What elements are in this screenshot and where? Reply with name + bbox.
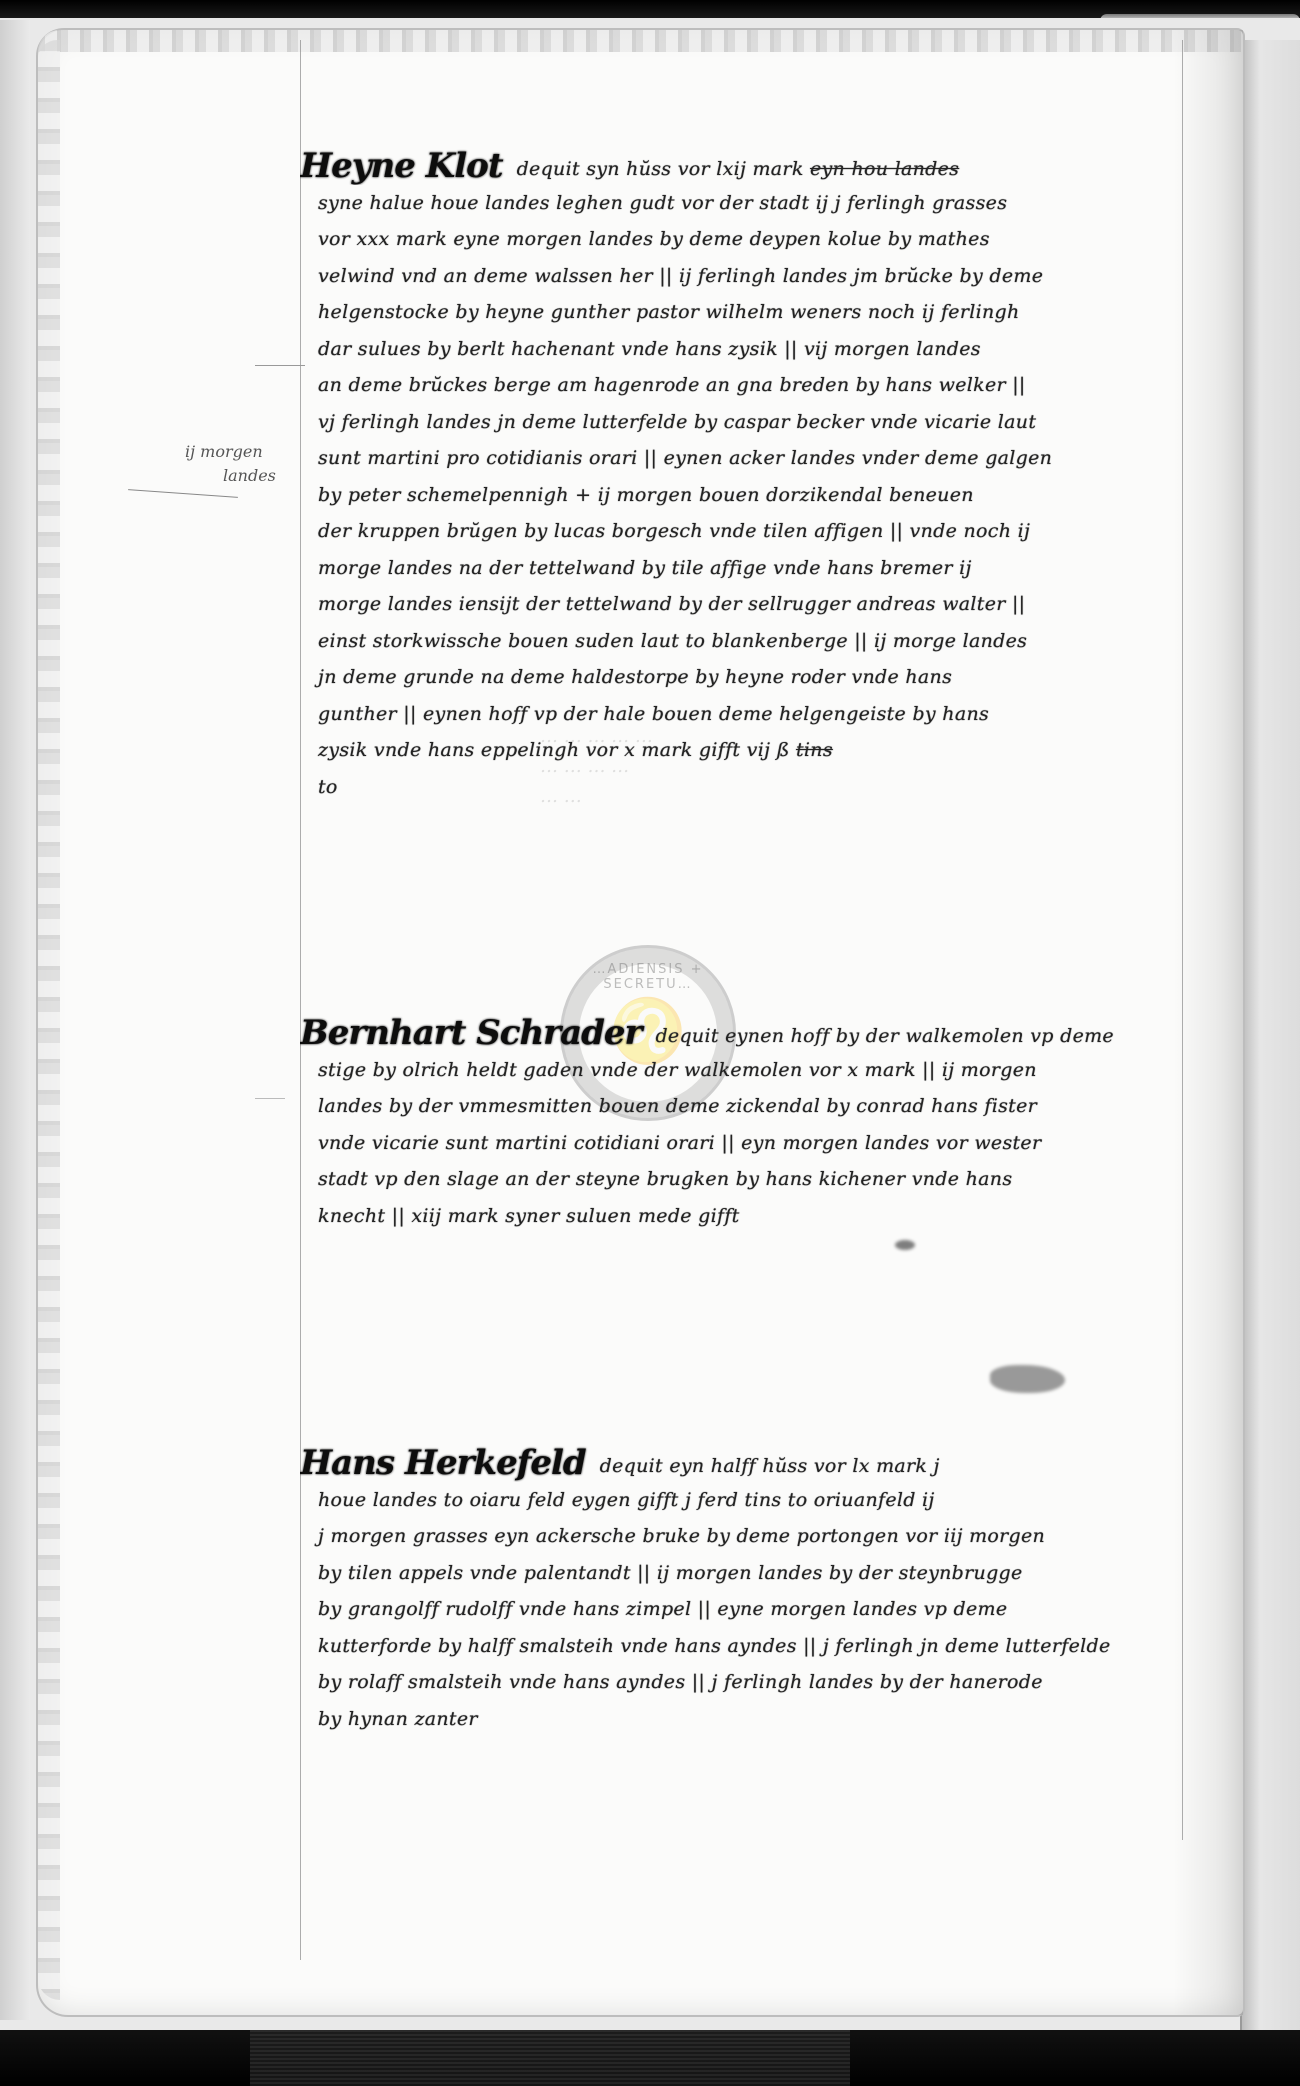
page-frayed-left-edge — [38, 40, 60, 2000]
entry-line: stige by olrich heldt gaden vnde der wal… — [300, 1052, 1235, 1089]
entry-text: dequit eyn halff hŭss vor lx mark j — [600, 1455, 940, 1477]
entry-text: zysik vnde hans eppelingh vor x mark gif… — [318, 739, 790, 761]
entry-name: Hans Herkefeld — [300, 1445, 586, 1482]
entry-line: an deme brŭckes berge am hagenrode an gn… — [300, 367, 1235, 404]
entry-line: by rolaff smalsteih vnde hans ayndes || … — [300, 1664, 1235, 1701]
marginal-note-line-1: ij morgen — [185, 440, 305, 464]
entry-line: j morgen grasses eyn ackersche bruke by … — [300, 1518, 1235, 1555]
entry-line: zysik vnde hans eppelingh vor x mark gif… — [300, 732, 1235, 769]
entry-line: houe landes to oiaru feld eygen gifft j … — [300, 1482, 1235, 1519]
next-leaf-edge — [1240, 40, 1300, 2030]
entry-line: velwind vnd an deme walssen her || ij fe… — [300, 258, 1235, 295]
entry-line: by tilen appels vnde palentandt || ij mo… — [300, 1555, 1235, 1592]
entry-line: morge landes na der tettelwand by tile a… — [300, 550, 1235, 587]
entry-line: vj ferlingh landes jn deme lutterfelde b… — [300, 404, 1235, 441]
ink-blot — [895, 1240, 915, 1250]
entry-line: kutterforde by halff smalsteih vnde hans… — [300, 1628, 1235, 1665]
margin-pen-stroke — [255, 1098, 285, 1099]
entry-line: vor xxx mark eyne morgen landes by deme … — [300, 221, 1235, 258]
entry-line: landes by der vmmesmitten bouen deme zic… — [300, 1088, 1235, 1125]
entry-name: Heyne Klot — [300, 148, 503, 185]
struck-text: eyn hou landes — [810, 158, 959, 180]
entry-line: gunther || eynen hoff vp der hale bouen … — [300, 696, 1235, 733]
scan-artifact — [250, 2030, 850, 2086]
entry-text: dequit syn hŭss vor lxij mark — [517, 158, 804, 180]
previous-leaf-edge — [0, 20, 30, 2020]
entry-line: Hans Herkefelddequit eyn halff hŭss vor … — [300, 1445, 1235, 1482]
entry-line: to — [300, 769, 1235, 806]
entry-line: dar sulues by berlt hachenant vnde hans … — [300, 331, 1235, 368]
entry-line: stadt vp den slage an der steyne brugken… — [300, 1161, 1235, 1198]
entry-line: by peter schemelpennigh + ij morgen boue… — [300, 477, 1235, 514]
marginal-note: ij morgen landes — [185, 440, 305, 488]
entry-line: by grangolff rudolff vnde hans zimpel ||… — [300, 1591, 1235, 1628]
marginal-note-line-2: landes — [185, 464, 305, 488]
entry-line: Heyne Klotdequit syn hŭss vor lxij mark … — [300, 148, 1235, 185]
register-entry-hans-herkefeld: Hans Herkefelddequit eyn halff hŭss vor … — [300, 1445, 1235, 1737]
ink-blot — [990, 1365, 1065, 1393]
entry-line: helgenstocke by heyne gunther pastor wil… — [300, 294, 1235, 331]
entry-line: einst storkwissche bouen suden laut to b… — [300, 623, 1235, 660]
struck-text: tins — [796, 739, 833, 761]
entry-line: vnde vicarie sunt martini cotidiani orar… — [300, 1125, 1235, 1162]
entry-name: Bernhart Schrader — [300, 1015, 641, 1052]
entry-line: sunt martini pro cotidianis orari || eyn… — [300, 440, 1235, 477]
entry-text: dequit eynen hoff by der walkemolen vp d… — [655, 1025, 1114, 1047]
entry-line: knecht || xiij mark syner suluen mede gi… — [300, 1198, 1235, 1235]
entry-line: by hynan zanter — [300, 1701, 1235, 1738]
register-entry-heyne-klot: Heyne Klotdequit syn hŭss vor lxij mark … — [300, 148, 1235, 805]
entry-line: morge landes iensijt der tettelwand by d… — [300, 586, 1235, 623]
entry-line: der kruppen brŭgen by lucas borgesch vnd… — [300, 513, 1235, 550]
entry-line: jn deme grunde na deme haldestorpe by he… — [300, 659, 1235, 696]
stamp-legend: …ADIENSIS + SECRETU… — [563, 962, 733, 992]
entry-line: Bernhart Schraderdequit eynen hoff by de… — [300, 1015, 1235, 1052]
page-frayed-top-edge — [38, 30, 1243, 52]
entry-line: syne halue houe landes leghen gudt vor d… — [300, 185, 1235, 222]
margin-pen-stroke — [255, 365, 305, 366]
register-entry-bernhart-schrader: Bernhart Schraderdequit eynen hoff by de… — [300, 1015, 1235, 1234]
scan-bottom-border — [0, 2030, 1300, 2086]
